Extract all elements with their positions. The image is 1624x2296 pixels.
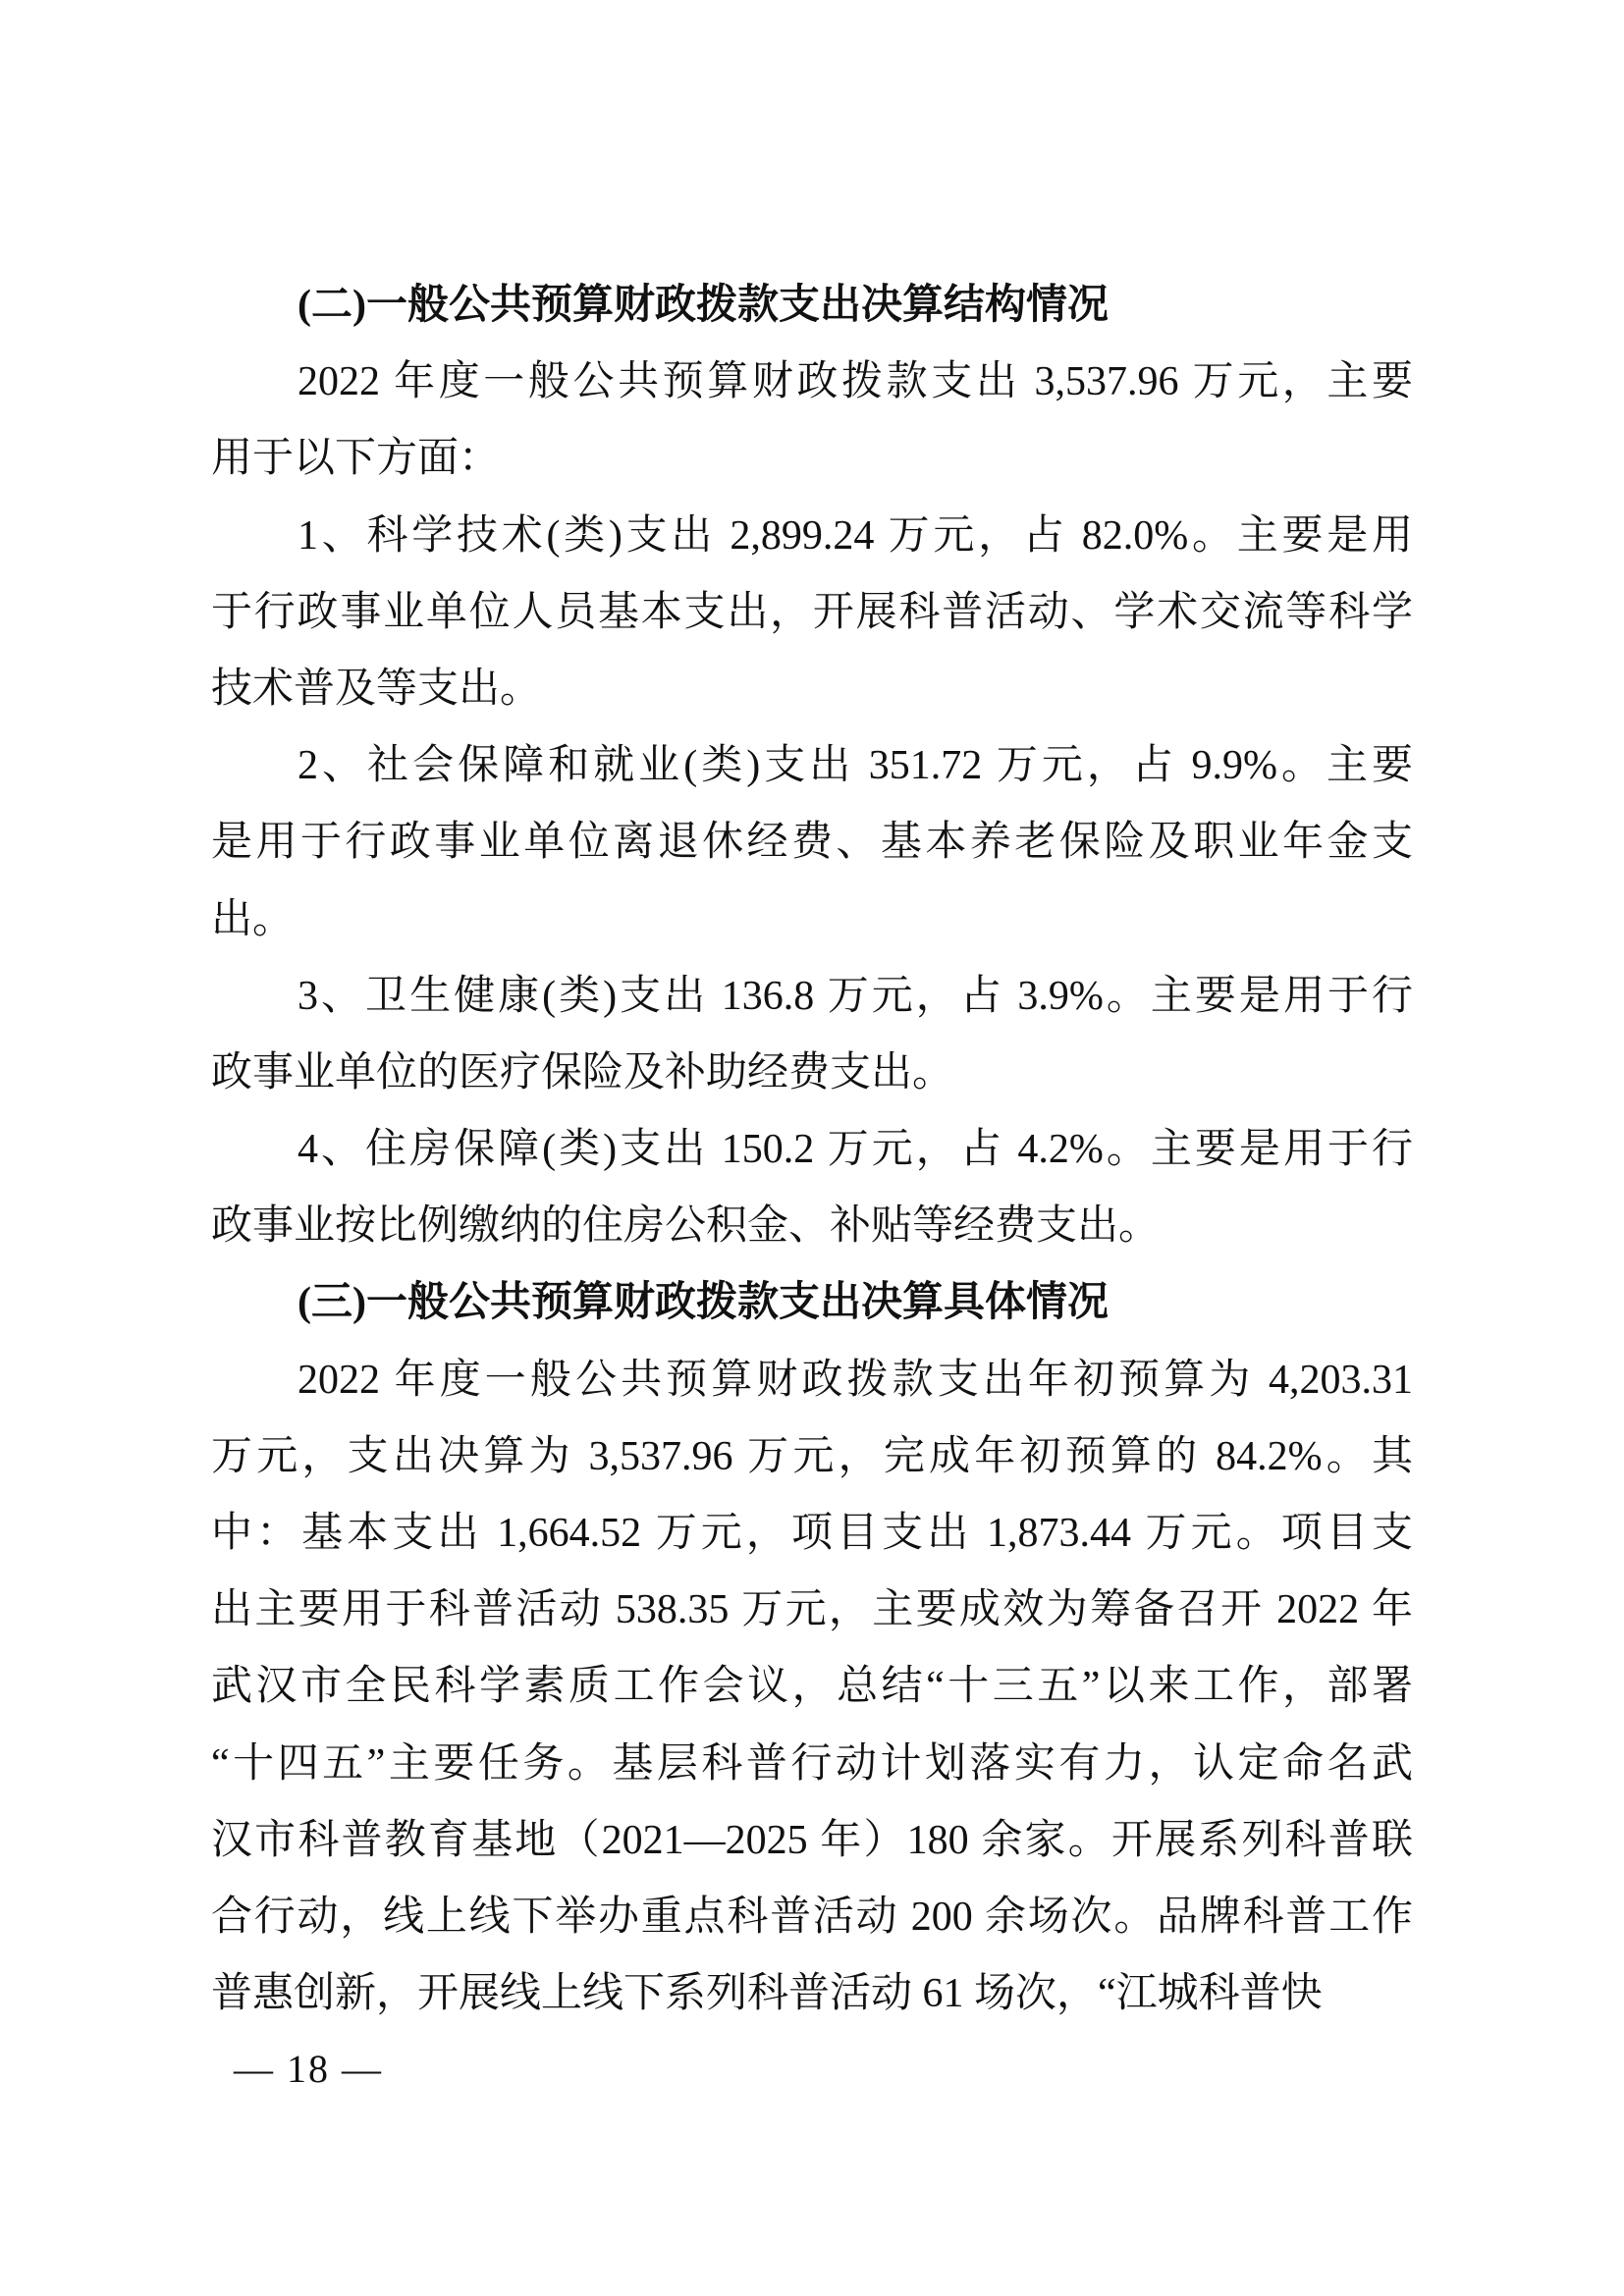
text-line: 普惠创新，开展线上线下系列科普活动 61 场次，“江城科普快	[211, 1955, 1413, 2032]
paragraph: 3、卫生健康(类)支出 136.8 万元，占 3.9%。主要是用于行政事业单位的…	[211, 958, 1413, 1111]
text-line: 是用于行政事业单位离退休经费、基本养老保险及职业年金支	[211, 804, 1413, 881]
text-line: 3、卫生健康(类)支出 136.8 万元，占 3.9%。主要是用于行	[211, 958, 1413, 1035]
text-line: 技术普及等支出。	[211, 651, 1413, 727]
text-line: “十四五”主要任务。基层科普行动计划落实有力，认定命名武	[211, 1726, 1413, 1802]
text-line: 用于以下方面：	[211, 420, 1413, 497]
text-line: 政事业按比例缴纳的住房公积金、补贴等经费支出。	[211, 1188, 1413, 1264]
text-line: 中：基本支出 1,664.52 万元，项目支出 1,873.44 万元。项目支	[211, 1495, 1413, 1572]
text-line: 1、科学技术(类)支出 2,899.24 万元，占 82.0%。主要是用	[211, 498, 1413, 574]
text-line: 出。	[211, 881, 1413, 958]
paragraph: 2、社会保障和就业(类)支出 351.72 万元，占 9.9%。主要是用于行政事…	[211, 727, 1413, 958]
text-line: 合行动，线上线下举办重点科普活动 200 余场次。品牌科普工作	[211, 1879, 1413, 1955]
text-line: 万元，支出决算为 3,537.96 万元，完成年初预算的 84.2%。其	[211, 1418, 1413, 1495]
page-number: — 18 —	[234, 2047, 383, 2091]
text-line: 2022 年度一般公共预算财政拨款支出年初预算为 4,203.31	[211, 1342, 1413, 1418]
text-line: 政事业单位的医疗保险及补助经费支出。	[211, 1035, 1413, 1111]
text-line: 出主要用于科普活动 538.35 万元，主要成效为筹备召开 2022 年	[211, 1572, 1413, 1648]
text-line: 2、社会保障和就业(类)支出 351.72 万元，占 9.9%。主要	[211, 727, 1413, 804]
text-line: (三)一般公共预算财政拨款支出决算具体情况	[211, 1264, 1413, 1341]
paragraph: 2022 年度一般公共预算财政拨款支出 3,537.96 万元，主要用于以下方面…	[211, 344, 1413, 497]
section-heading: (三)一般公共预算财政拨款支出决算具体情况	[211, 1264, 1413, 1341]
document-page: (二)一般公共预算财政拨款支出决算结构情况2022 年度一般公共预算财政拨款支出…	[0, 0, 1624, 2296]
paragraph: 1、科学技术(类)支出 2,899.24 万元，占 82.0%。主要是用于行政事…	[211, 498, 1413, 728]
section-heading: (二)一般公共预算财政拨款支出决算结构情况	[211, 267, 1413, 344]
text-line: 武汉市全民科学素质工作会议，总结“十三五”以来工作，部署	[211, 1648, 1413, 1725]
paragraph: 2022 年度一般公共预算财政拨款支出年初预算为 4,203.31万元，支出决算…	[211, 1342, 1413, 2033]
paragraph: 4、住房保障(类)支出 150.2 万元，占 4.2%。主要是用于行政事业按比例…	[211, 1111, 1413, 1264]
text-line: 2022 年度一般公共预算财政拨款支出 3,537.96 万元，主要	[211, 344, 1413, 420]
text-line: 汉市科普教育基地（2021—2025 年）180 余家。开展系列科普联	[211, 1802, 1413, 1879]
text-line: (二)一般公共预算财政拨款支出决算结构情况	[211, 267, 1413, 344]
document-body: (二)一般公共预算财政拨款支出决算结构情况2022 年度一般公共预算财政拨款支出…	[211, 267, 1413, 2032]
text-line: 于行政事业单位人员基本支出，开展科普活动、学术交流等科学	[211, 574, 1413, 651]
page-footer: — 18 —	[234, 2040, 383, 2099]
text-line: 4、住房保障(类)支出 150.2 万元，占 4.2%。主要是用于行	[211, 1111, 1413, 1188]
